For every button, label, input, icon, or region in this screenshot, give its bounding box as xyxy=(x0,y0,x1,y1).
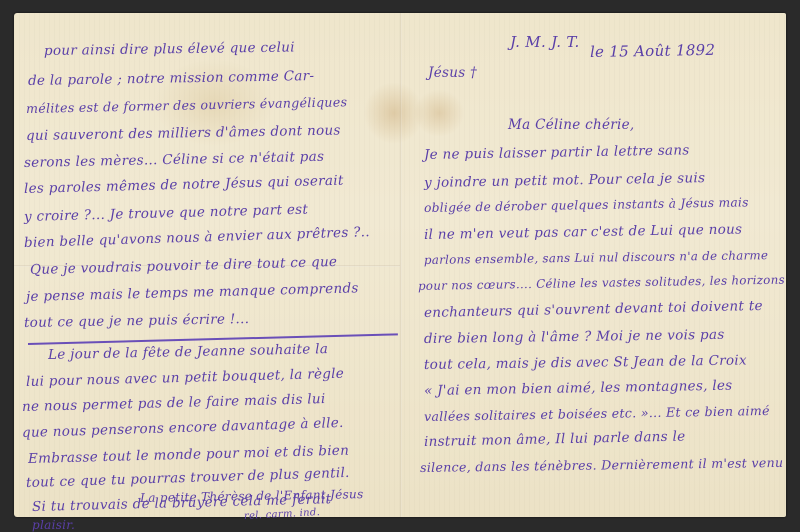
letter-paper: pour ainsi dire plus élevé que celui de … xyxy=(14,13,786,517)
left-line-7: y croire ?... Je trouve que notre part e… xyxy=(24,202,309,225)
signature-suffix: rel. carm. ind. xyxy=(244,507,321,522)
left-line-1: pour ainsi dire plus élevé que celui xyxy=(44,39,295,59)
right-line-5: parlons ensemble, sans Lui nul discours … xyxy=(424,248,768,267)
right-line-10: « J'ai en mon bien aimé, les montagnes, … xyxy=(424,378,733,399)
left-line-11: tout ce que je ne puis écrire !... xyxy=(24,311,250,331)
left-line-9: Que je voudrais pouvoir te dire tout ce … xyxy=(30,254,338,278)
left-line-12: Le jour de la fête de Jeanne souhaite la xyxy=(48,341,328,363)
right-line-13: silence, dans les ténèbres. Dernièrement… xyxy=(420,455,784,475)
left-line-6: les paroles mêmes de notre Jésus qui ose… xyxy=(24,173,344,197)
right-line-8: dire bien long à l'âme ? Moi je ne vois … xyxy=(424,327,725,347)
left-line-13: lui pour nous avec un petit bouquet, la … xyxy=(26,366,345,390)
right-line-6: pour nos cœurs.... Céline les vastes sol… xyxy=(418,273,785,293)
letter-date: le 15 Août 1892 xyxy=(590,41,716,61)
left-line-16: Embrasse tout le monde pour moi et dis b… xyxy=(28,443,350,467)
right-line-11: vallées solitaires et boisées etc. »... … xyxy=(424,403,770,424)
left-line-15: que nous penserons encore davantage à el… xyxy=(22,415,344,441)
salutation: Ma Céline chérie, xyxy=(508,117,635,133)
monogram: J. M. J. T. xyxy=(510,33,580,51)
left-line-5: serons les mères... Céline si ce n'était… xyxy=(24,149,325,171)
right-line-3: obligée de dérober quelques instants à J… xyxy=(424,195,749,215)
right-line-9: tout cela, mais je dis avec St Jean de l… xyxy=(424,352,747,373)
right-line-7: enchanteurs qui s'ouvrent devant toi doi… xyxy=(424,298,763,321)
left-line-10: je pense mais le temps me manque compren… xyxy=(26,280,359,305)
left-line-8: bien belle qu'avons nous à envier aux pr… xyxy=(24,224,370,251)
vertical-fold xyxy=(400,13,402,517)
right-line-4: il ne m'en veut pas car c'est de Lui que… xyxy=(424,221,743,243)
right-line-1: Je ne puis laisser partir la lettre sans xyxy=(424,142,690,163)
right-line-2: y joindre un petit mot. Pour cela je sui… xyxy=(424,170,706,191)
invocation: Jésus † xyxy=(428,65,477,81)
right-line-12: instruit mon âme, Il lui parle dans le xyxy=(424,429,686,450)
left-line-17: tout ce que tu pourras trouver de plus g… xyxy=(26,465,350,491)
left-line-3: mélites est de former des ouvriers évang… xyxy=(26,94,348,116)
left-line-14: ne nous permet pas de le faire mais dis … xyxy=(22,391,326,415)
left-line-2: de la parole ; notre mission comme Car- xyxy=(28,68,315,89)
left-line-4: qui sauveront des milliers d'âmes dont n… xyxy=(26,123,341,144)
left-line-19: plaisir. xyxy=(32,518,75,532)
